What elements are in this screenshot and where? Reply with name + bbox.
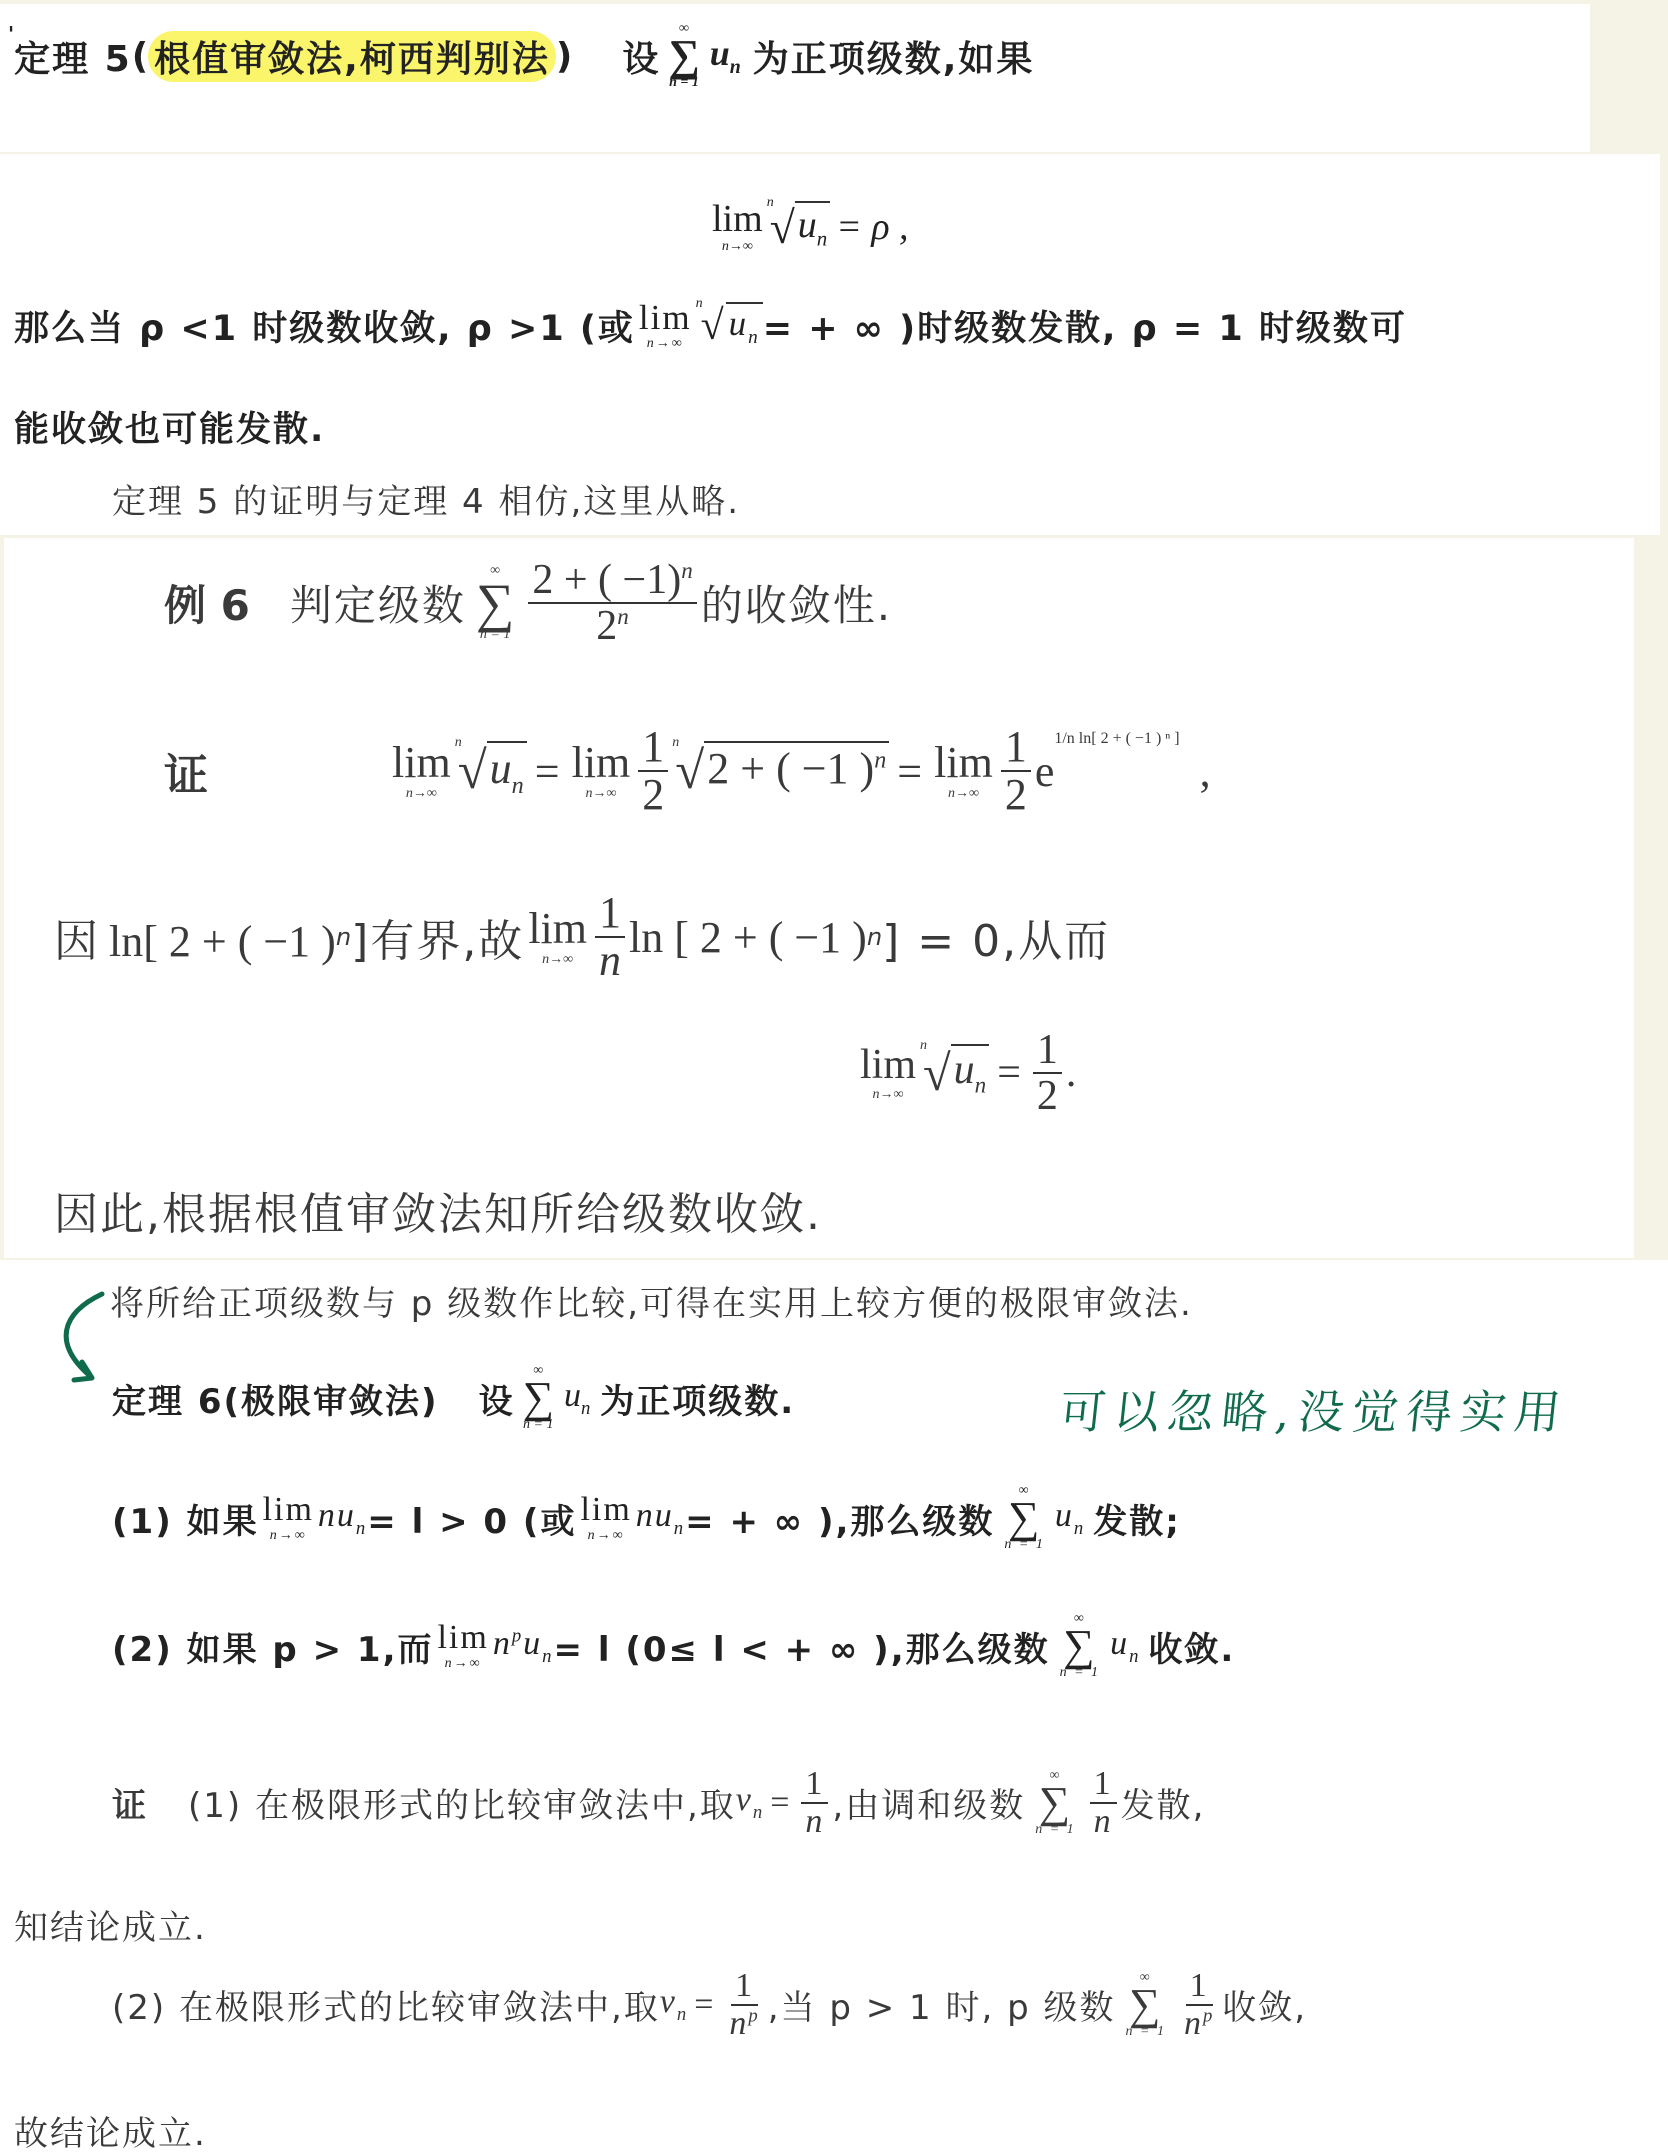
theorem5-heading-panel: ' 定理 5 ( 根值审敛法,柯西判别法 ) 设 ∞ ∑ n = 1 un 为正… bbox=[0, 4, 1590, 152]
example-prompt: 判定级数 bbox=[290, 573, 466, 633]
let-word: 设 bbox=[622, 31, 658, 82]
summation-symbol: ∞ ∑ n = 1 bbox=[476, 564, 515, 642]
theorem6-proof-1: 证 (1) 在极限形式的比较审敛法中,取 vn = 1n ,由调和级数 ∞∑n … bbox=[112, 1766, 1205, 1839]
summation-symbol: ∞∑n = 1 bbox=[523, 1364, 554, 1432]
equals-rho: = ρ , bbox=[836, 205, 908, 249]
proof-formula-line: 证 limn→∞ n√un = limn→∞ 12 n√2 + ( −1 )n … bbox=[164, 724, 1211, 818]
example-suffix: 的收敛性. bbox=[701, 573, 892, 633]
one-over-n-p-fraction: 1np bbox=[1180, 1968, 1218, 2041]
theorem6-proof-1-cont: 知结论成立. bbox=[14, 1900, 207, 1949]
limit-operator: limn→∞ bbox=[934, 741, 993, 801]
example6-conclusion: 因此,根据根值审敛法知所给级数收敛. bbox=[54, 1178, 822, 1242]
theorem5-heading: ' 定理 5 ( 根值审敛法,柯西判别法 ) 设 ∞ ∑ n = 1 un 为正… bbox=[8, 22, 1034, 90]
series-fraction: 2 + ( −1)n 2n bbox=[528, 558, 696, 648]
summation-symbol: ∞∑n = 1 bbox=[1004, 1484, 1044, 1552]
theorem6-statement: 为正项级数. bbox=[600, 1374, 795, 1423]
proof-label: 证 bbox=[164, 739, 208, 803]
summation-symbol: ∞∑n = 1 bbox=[1035, 1769, 1075, 1837]
bounded-log-line: 因 ln[ 2 + ( −1 )n ]有界,故 limn→∞ 1n ln [ 2… bbox=[54, 890, 1110, 984]
theorem6-proof-2-cont: 故结论成立. bbox=[14, 2106, 207, 2154]
open-paren: ( bbox=[132, 36, 148, 77]
one-over-n-fraction: 1n bbox=[801, 1766, 828, 1839]
summation-symbol: ∞ ∑ n = 1 bbox=[668, 22, 699, 90]
nth-root: n√un bbox=[920, 1044, 989, 1102]
half-fraction: 12 bbox=[1033, 1028, 1062, 1118]
theorem6-intro: 将所给正项级数与 p 级数作比较,可得在实用上较方便的极限审敛法. bbox=[110, 1276, 1193, 1325]
limit-operator: limn→∞ bbox=[392, 741, 451, 801]
theorem6-item-1: (1) 如果 limn→∞ nun = l > 0 (或 limn→∞ nun … bbox=[112, 1484, 1181, 1552]
example6-statement: 例 6 判定级数 ∞ ∑ n = 1 2 + ( −1)n 2n 的收敛性. bbox=[164, 558, 892, 648]
theorem5-body-panel: limn→∞ n√ un = ρ , 那么当 ρ <1 时级数收敛, ρ >1 … bbox=[0, 154, 1660, 535]
one-over-n-fraction: 1n bbox=[595, 890, 625, 984]
nth-root: n√ un bbox=[767, 201, 830, 254]
limit-result-formula: limn→∞ n√un = 12 . bbox=[856, 1028, 1076, 1118]
nth-root: n√un bbox=[455, 741, 527, 801]
limit-operator: limn→∞ bbox=[860, 1044, 916, 1102]
limit-operator: limn→∞ bbox=[437, 1621, 488, 1671]
limit-operator: limn→∞ bbox=[712, 200, 763, 254]
theorem6-label: 定理 6 bbox=[112, 1374, 224, 1423]
limit-operator: limn→∞ bbox=[528, 907, 587, 967]
summation-symbol: ∞∑n = 1 bbox=[1126, 1971, 1166, 2039]
nth-root: n√2 + ( −1 )n bbox=[672, 741, 889, 801]
limit-operator: limn→∞ bbox=[639, 300, 692, 351]
let-word: 设 bbox=[479, 1374, 513, 1423]
half-fraction: 12 bbox=[638, 724, 668, 818]
theorem6-proof-2: (2) 在极限形式的比较审敛法中,取 vn = 1np ,当 p > 1 时, … bbox=[112, 1968, 1307, 2041]
theorem6-item-2: (2) 如果 p > 1,而 limn→∞ npun = l (0≤ l < +… bbox=[112, 1612, 1235, 1680]
limit-operator: limn→∞ bbox=[263, 1493, 314, 1543]
one-over-n-fraction: 1n bbox=[1090, 1766, 1117, 1839]
proof-label: 证 bbox=[112, 1778, 148, 1827]
series-term: un bbox=[710, 32, 741, 79]
half-fraction: 12 bbox=[1001, 724, 1031, 818]
convergence-conditions-line-2: 能收敛也可能发散. bbox=[14, 402, 325, 452]
handwritten-annotation: 可以忽略,没觉得实用 bbox=[1057, 1376, 1573, 1442]
theorem6-heading: 定理 6 (极限审敛法) 设 ∞∑n = 1 un 为正项级数. bbox=[112, 1364, 795, 1432]
root-limit-formula: limn→∞ n√ un = ρ , bbox=[708, 200, 909, 254]
limit-operator: limn→∞ bbox=[580, 1493, 631, 1543]
proof-omitted-note: 定理 5 的证明与定理 4 相仿,这里从略. bbox=[112, 474, 740, 523]
close-paren: ) bbox=[556, 36, 572, 77]
exp-base: e bbox=[1035, 746, 1055, 797]
theorem6-title: (极限审敛法) bbox=[224, 1374, 439, 1423]
theorem6-panel: 将所给正项级数与 p 级数作比较,可得在实用上较方便的极限审敛法. 定理 6 (… bbox=[0, 1260, 1668, 2154]
one-over-n-p-fraction: 1np bbox=[725, 1968, 763, 2041]
highlighted-theorem-name: 根值审敛法,柯西判别法 bbox=[148, 31, 556, 82]
exponent: 1/n ln[ 2 + ( −1 ) ⁿ ] bbox=[1054, 730, 1179, 748]
convergence-conditions-line: 那么当 ρ <1 时级数收敛, ρ >1 (或 limn→∞ n√ un = +… bbox=[14, 300, 1407, 351]
example-label: 例 6 bbox=[164, 573, 250, 633]
nth-root: n√ un bbox=[696, 302, 763, 350]
summation-symbol: ∞∑n = 1 bbox=[1060, 1612, 1100, 1680]
theorem5-label: 定理 5 bbox=[14, 31, 132, 82]
example6-panel: 例 6 判定级数 ∞ ∑ n = 1 2 + ( −1)n 2n 的收敛性. 证… bbox=[4, 538, 1634, 1258]
limit-operator: limn→∞ bbox=[572, 741, 631, 801]
theorem5-statement: 为正项级数,如果 bbox=[753, 31, 1035, 82]
